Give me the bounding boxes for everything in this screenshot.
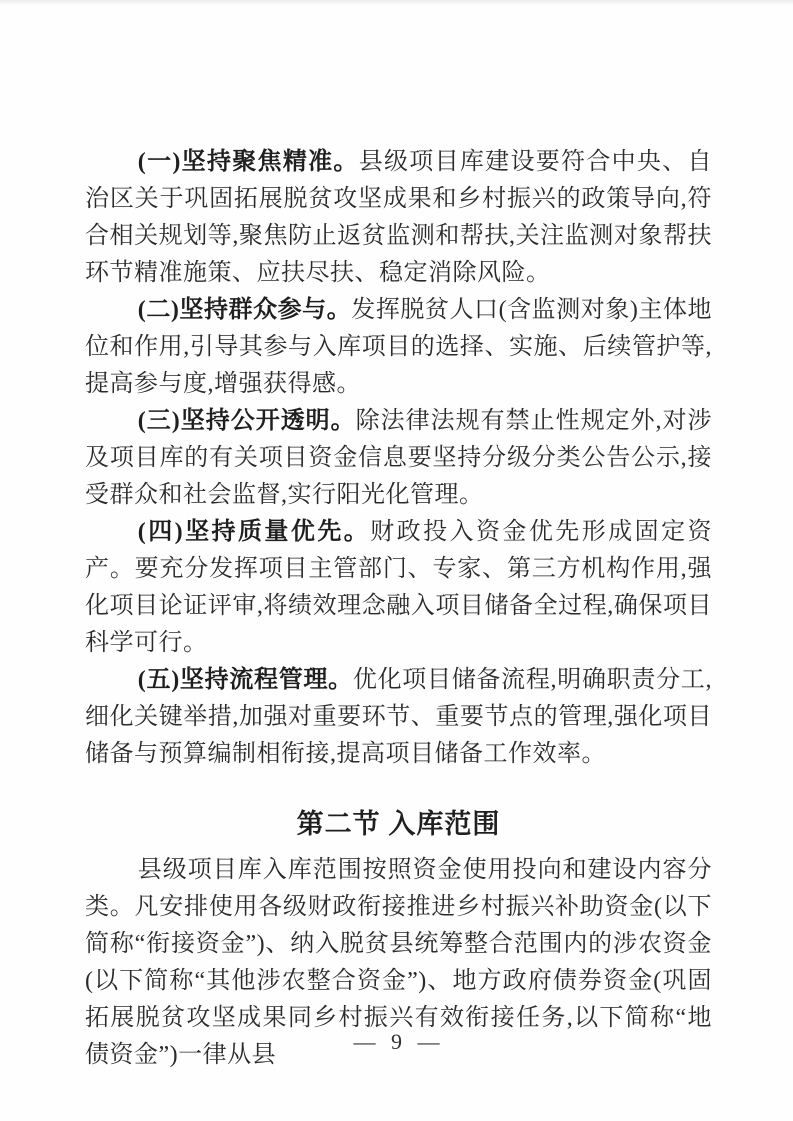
scan-edge-artifact xyxy=(0,0,793,5)
paragraph-principle-5: (五)坚持流程管理。优化项目储备流程,明确职责分工,细化关键举措,加强对重要环节… xyxy=(85,662,712,773)
page-number: — 9 — xyxy=(0,1029,793,1055)
paragraph-principle-3: (三)坚持公开透明。除法律法规有禁止性规定外,对涉及项目库的有关项目资金信息要坚… xyxy=(85,403,712,514)
paragraph-lead-3: (三)坚持公开透明。 xyxy=(138,408,356,434)
paragraph-principle-4: (四)坚持质量优先。财政投入资金优先形成固定资产。要充分发挥项目主管部门、专家、… xyxy=(85,514,712,662)
paragraph-principle-2: (二)坚持群众参与。发挥脱贫人口(含监测对象)主体地位和作用,引导其参与入库项目… xyxy=(85,292,712,403)
paragraph-lead-4: (四)坚持质量优先。 xyxy=(138,519,370,545)
paragraph-lead-5: (五)坚持流程管理。 xyxy=(138,667,353,693)
paragraph-principle-1: (一)坚持聚焦精准。县级项目库建设要符合中央、自治区关于巩固拓展脱贫攻坚成果和乡… xyxy=(85,144,712,292)
document-body: (一)坚持聚焦精准。县级项目库建设要符合中央、自治区关于巩固拓展脱贫攻坚成果和乡… xyxy=(85,144,712,1074)
paragraph-lead-1: (一)坚持聚焦精准。 xyxy=(138,149,359,175)
paragraph-lead-2: (二)坚持群众参与。 xyxy=(138,297,351,323)
document-page: (一)坚持聚焦精准。县级项目库建设要符合中央、自治区关于巩固拓展脱贫攻坚成果和乡… xyxy=(0,0,793,1121)
section-heading: 第二节 入库范围 xyxy=(85,806,712,843)
